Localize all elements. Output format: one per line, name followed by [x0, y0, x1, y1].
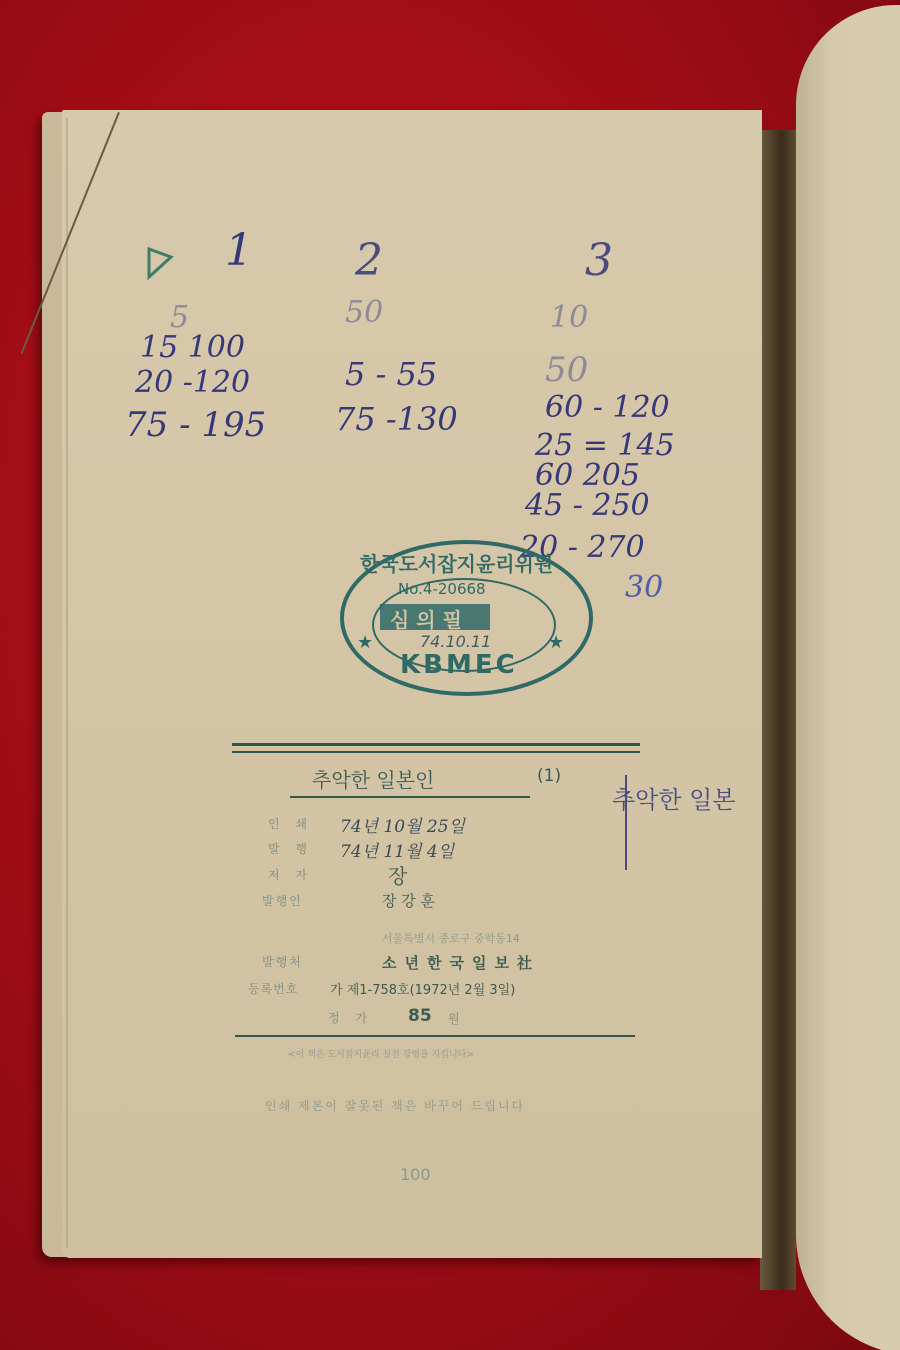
- registration-value: 가 제1-758호(1972년 2월 3일): [330, 979, 515, 998]
- publish-label: 발 행: [268, 840, 313, 857]
- publisher-person-name: 장 강 훈: [382, 890, 435, 911]
- hw-col2-line: 50: [345, 295, 383, 330]
- hw-col1-line: 15 100: [140, 330, 245, 365]
- author-name: 장: [388, 860, 407, 889]
- author-label: 저 자: [268, 866, 313, 883]
- publisher-label: 발행처: [262, 953, 303, 970]
- publisher-person-label: 발행인: [262, 892, 303, 909]
- publisher-name: 소년한국일보社: [382, 952, 540, 973]
- hw-margin-note: 추악한 일본: [612, 780, 736, 815]
- ethics-notice: <이 책은 도서잡지윤리 실천 강령을 지킵니다>: [288, 1047, 474, 1060]
- hw-col3-line: 10: [550, 300, 588, 335]
- print-date: 74년 10월 25일: [340, 812, 465, 837]
- page-number: 100: [400, 1165, 431, 1184]
- stamp-arc-text: 한국도서잡지윤리위원: [360, 548, 553, 577]
- price-unit: 원: [448, 1010, 466, 1027]
- hw-col2-head: 2: [355, 235, 383, 286]
- hw-col1-line: 20 -120: [135, 365, 250, 400]
- page-edge: [66, 118, 68, 1248]
- hw-col3-line: 60 - 120: [545, 390, 670, 425]
- hw-col3-line: 50: [545, 350, 588, 390]
- registration-label: 등록번호: [248, 980, 298, 997]
- top-rule-2: [232, 751, 640, 753]
- hw-col2-line: 5 - 55: [345, 355, 437, 393]
- top-rule: [232, 743, 640, 746]
- star-icon: ★: [357, 632, 373, 653]
- arrow-mark-icon: [145, 245, 175, 281]
- hw-col3-line: 30: [625, 570, 663, 605]
- stamp-center-text: 심 의 필: [390, 604, 462, 633]
- right-page-curl: [796, 5, 900, 1350]
- stamp-number: No.4-20668: [398, 580, 486, 598]
- print-label: 인 쇄: [268, 815, 313, 832]
- price-value: 85: [408, 1006, 432, 1026]
- price-label: 정 가: [328, 1009, 373, 1026]
- stamp-date: 74.10.11: [420, 632, 491, 651]
- star-icon: ★: [548, 632, 564, 653]
- bottom-rule: [235, 1035, 635, 1037]
- hw-col1-head: 1: [225, 225, 253, 276]
- book-title: 추악한 일본인: [312, 764, 434, 793]
- hw-col3-head: 3: [585, 235, 613, 286]
- stamp-english: KBMEC: [400, 650, 518, 680]
- publish-date: 74년 11월 4일: [340, 837, 454, 862]
- hw-col3-line: 45 - 250: [525, 488, 650, 523]
- exchange-notice: 인쇄 제본이 잘못된 책은 바꾸어 드립니다: [265, 1097, 525, 1114]
- book-gutter: [760, 130, 796, 1290]
- publisher-address: 서울특별시 종로구 중학동14: [382, 930, 520, 946]
- title-underline: [290, 796, 530, 798]
- hw-col1-line: 75 - 195: [125, 405, 266, 445]
- book-volume: (1): [537, 766, 561, 786]
- hw-col2-line: 75 -130: [335, 400, 458, 438]
